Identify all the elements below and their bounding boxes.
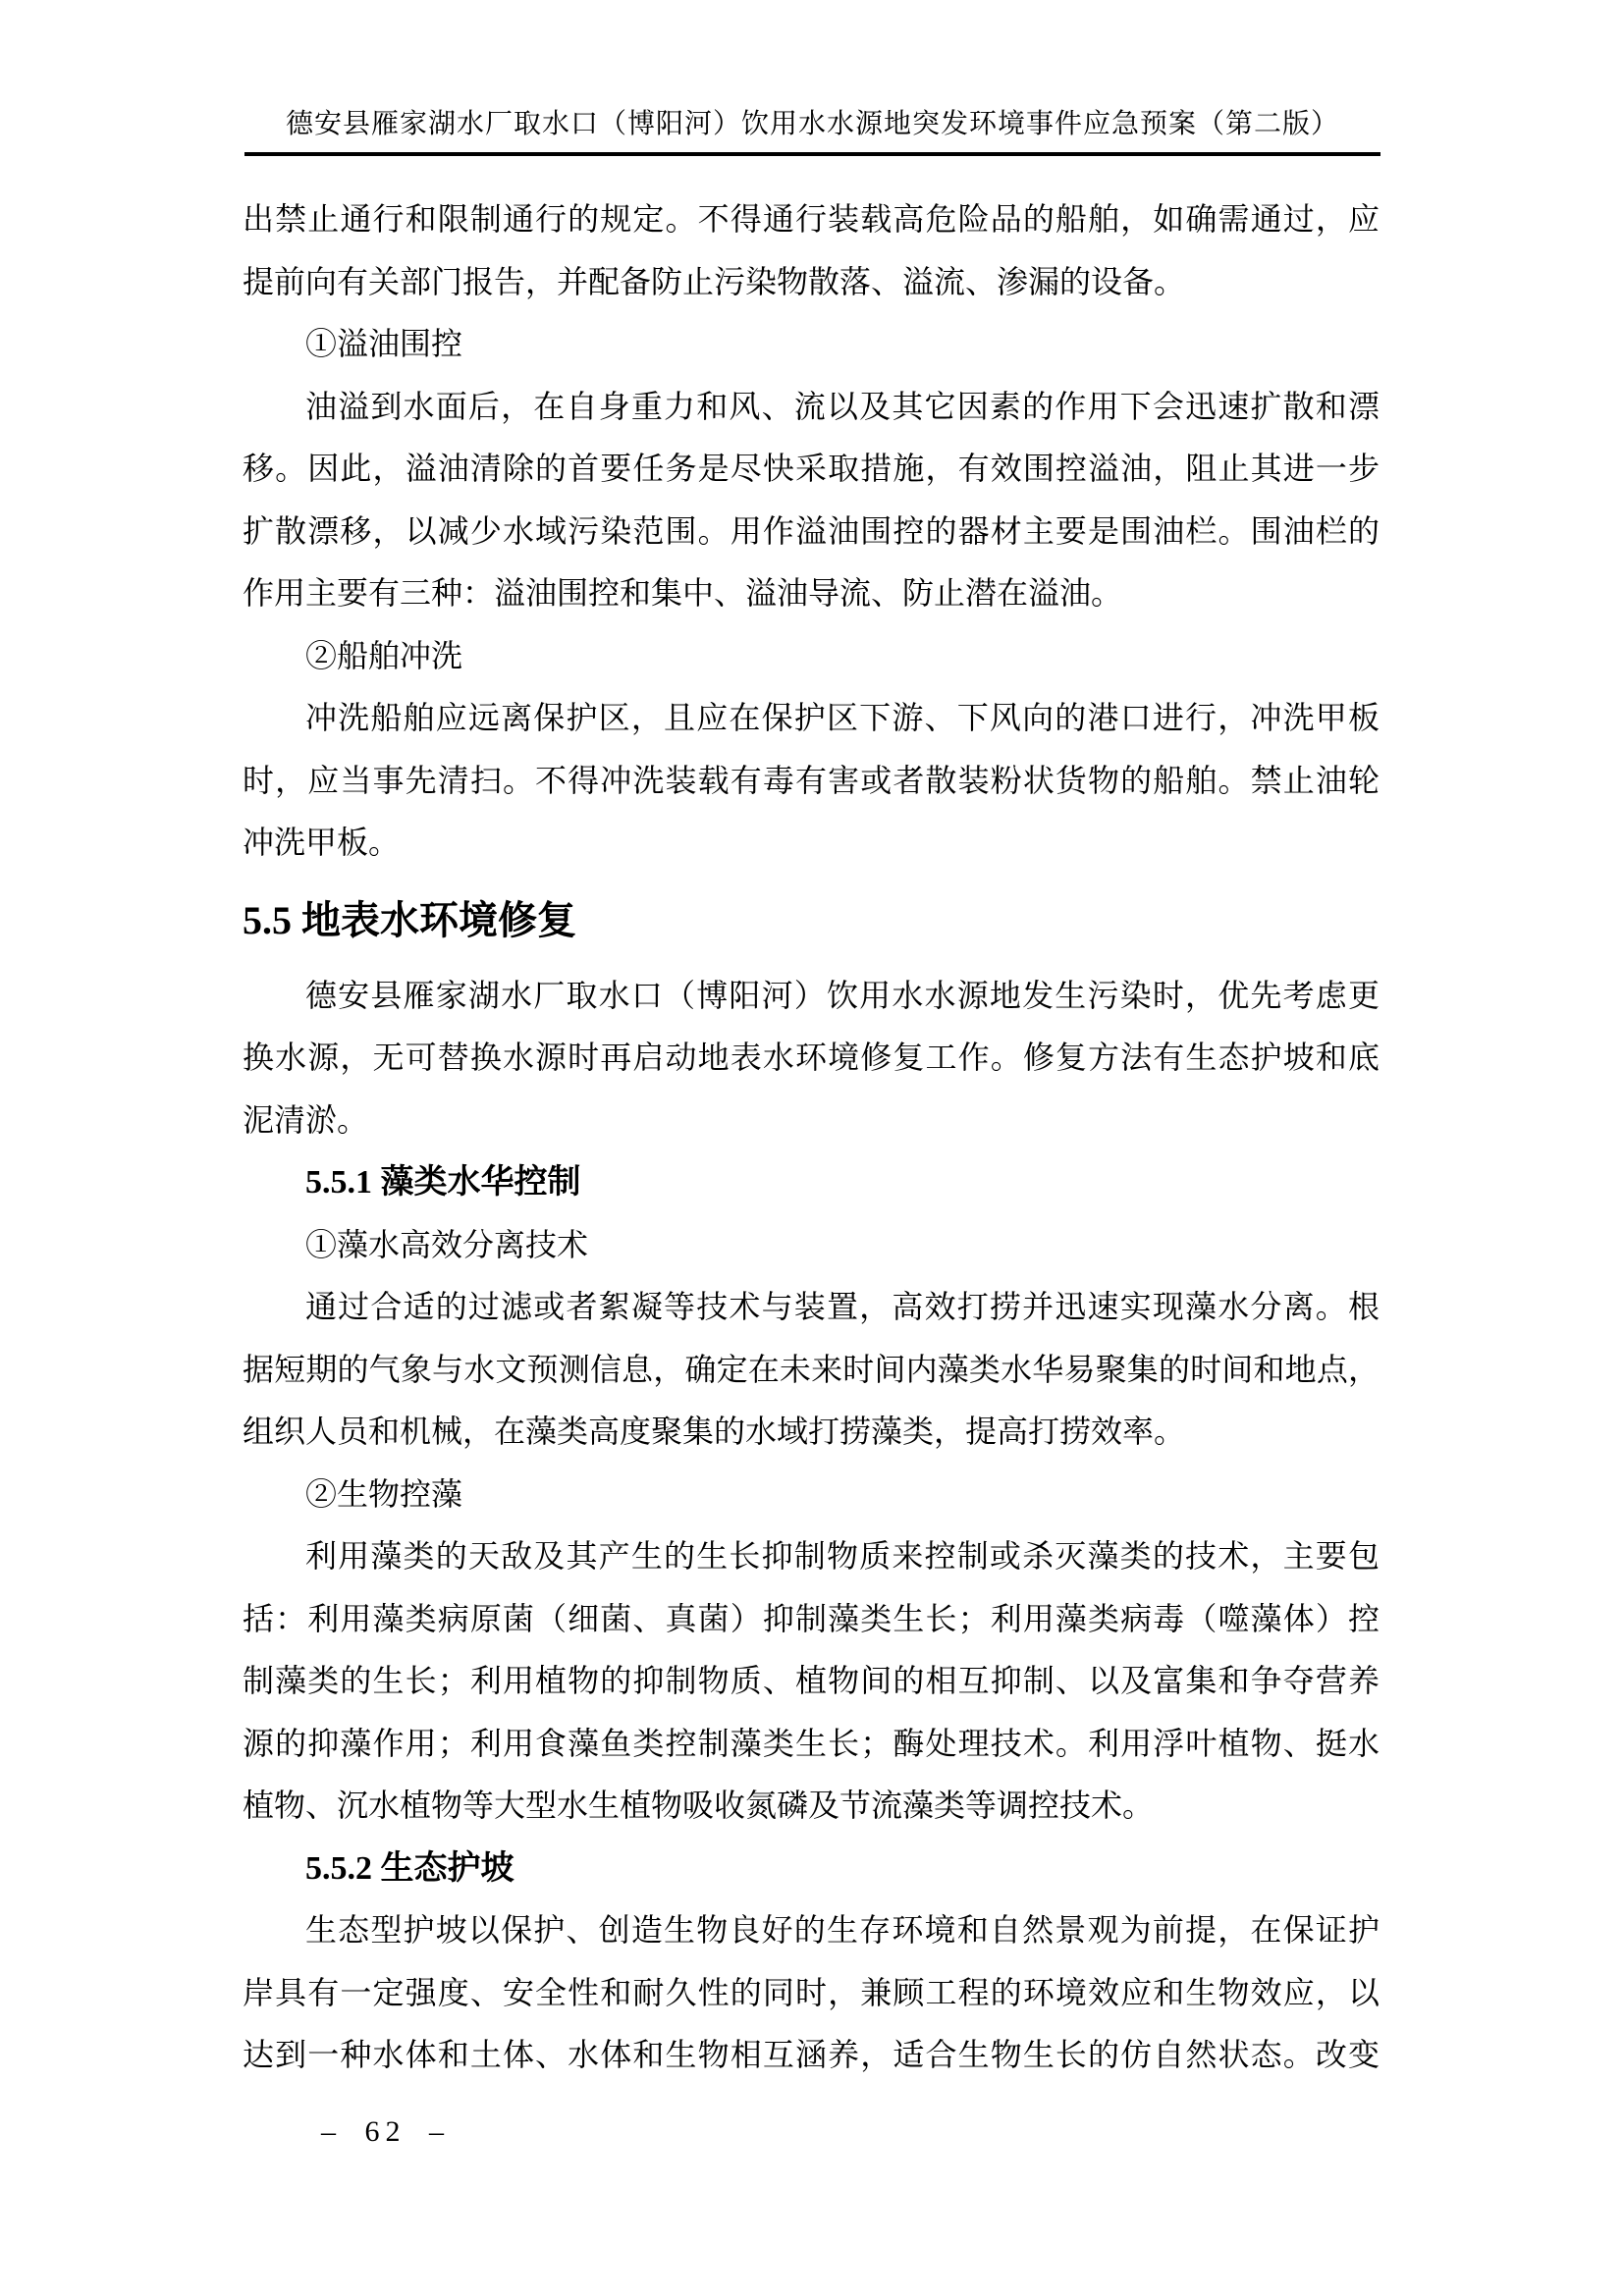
body-line: 通过合适的过滤或者絮凝等技术与装置，高效打捞并迅速实现藻水分离。根 (243, 1276, 1380, 1339)
body-line: 生态型护坡以保护、创造生物良好的生存环境和自然景观为前提，在保证护 (243, 1899, 1380, 1962)
body-line: 组织人员和机械，在藻类高度聚集的水域打捞藻类，提高打捞效率。 (243, 1401, 1380, 1464)
body-line: 时，应当事先清扫。不得冲洗装载有毒有害或者散装粉状货物的船舶。禁止油轮 (243, 750, 1380, 813)
body-line: ①溢油围控 (243, 313, 1380, 376)
page-number: – 62 – (321, 2112, 450, 2152)
body-line: 植物、沉水植物等大型水生植物吸收氮磷及节流藻类等调控技术。 (243, 1775, 1380, 1838)
body-line: 据短期的气象与水文预测信息，确定在未来时间内藻类水华易聚集的时间和地点， (243, 1339, 1380, 1402)
document-body: 出禁止通行和限制通行的规定。不得通行装载高危险品的船舶，如确需通过，应 提前向有… (243, 188, 1380, 2087)
body-line: 扩散漂移，以减少水域污染范围。用作溢油围控的器材主要是围油栏。围油栏的 (243, 501, 1380, 563)
body-line: 换水源，无可替换水源时再启动地表水环境修复工作。修复方法有生态护坡和底 (243, 1027, 1380, 1090)
body-line: 油溢到水面后，在自身重力和风、流以及其它因素的作用下会迅速扩散和漂 (243, 376, 1380, 439)
body-line: 达到一种水体和土体、水体和生物相互涵养，适合生物生长的仿自然状态。改变 (243, 2024, 1380, 2087)
body-line: 源的抑藻作用；利用食藻鱼类控制藻类生长；酶处理技术。利用浮叶植物、挺水 (243, 1713, 1380, 1776)
body-line: 冲洗甲板。 (243, 812, 1380, 875)
body-line: ②生物控藻 (243, 1464, 1380, 1526)
body-line: 出禁止通行和限制通行的规定。不得通行装载高危险品的船舶，如确需通过，应 (243, 188, 1380, 251)
body-line: ②船舶冲洗 (243, 625, 1380, 688)
body-line: 移。因此，溢油清除的首要任务是尽快采取措施，有效围控溢油，阻止其进一步 (243, 438, 1380, 501)
body-line: ①藻水高效分离技术 (243, 1214, 1380, 1277)
body-line: 利用藻类的天敌及其产生的生长抑制物质来控制或杀灭藻类的技术，主要包 (243, 1525, 1380, 1588)
body-line: 岸具有一定强度、安全性和耐久性的同时，兼顾工程的环境效应和生物效应，以 (243, 1962, 1380, 2025)
header-title: 德安县雁家湖水厂取水口（博阳河）饮用水水源地突发环境事件应急预案（第二版） (245, 105, 1380, 144)
body-line: 冲洗船舶应远离保护区，且应在保护区下游、下风向的港口进行，冲洗甲板 (243, 687, 1380, 750)
body-line: 德安县雁家湖水厂取水口（博阳河）饮用水水源地发生污染时，优先考虑更 (243, 965, 1380, 1028)
body-line: 括：利用藻类病原菌（细菌、真菌）抑制藻类生长；利用藻类病毒（噬藻体）控 (243, 1588, 1380, 1651)
body-line: 制藻类的生长；利用植物的抑制物质、植物间的相互抑制、以及富集和争夺营养 (243, 1650, 1380, 1713)
body-line: 作用主要有三种：溢油围控和集中、溢油导流、防止潜在溢油。 (243, 562, 1380, 625)
body-line: 提前向有关部门报告，并配备防止污染物散落、溢流、渗漏的设备。 (243, 251, 1380, 314)
subsection-heading: 5.5.2 生态护坡 (243, 1838, 1380, 1900)
section-heading: 5.5 地表水环境修复 (243, 881, 1380, 960)
header-rule (244, 152, 1380, 156)
subsection-heading: 5.5.1 藻类水华控制 (243, 1151, 1380, 1214)
document-page: 德安县雁家湖水厂取水口（博阳河）饮用水水源地突发环境事件应急预案（第二版） 出禁… (0, 0, 1624, 2296)
body-line: 泥清淤。 (243, 1090, 1380, 1152)
